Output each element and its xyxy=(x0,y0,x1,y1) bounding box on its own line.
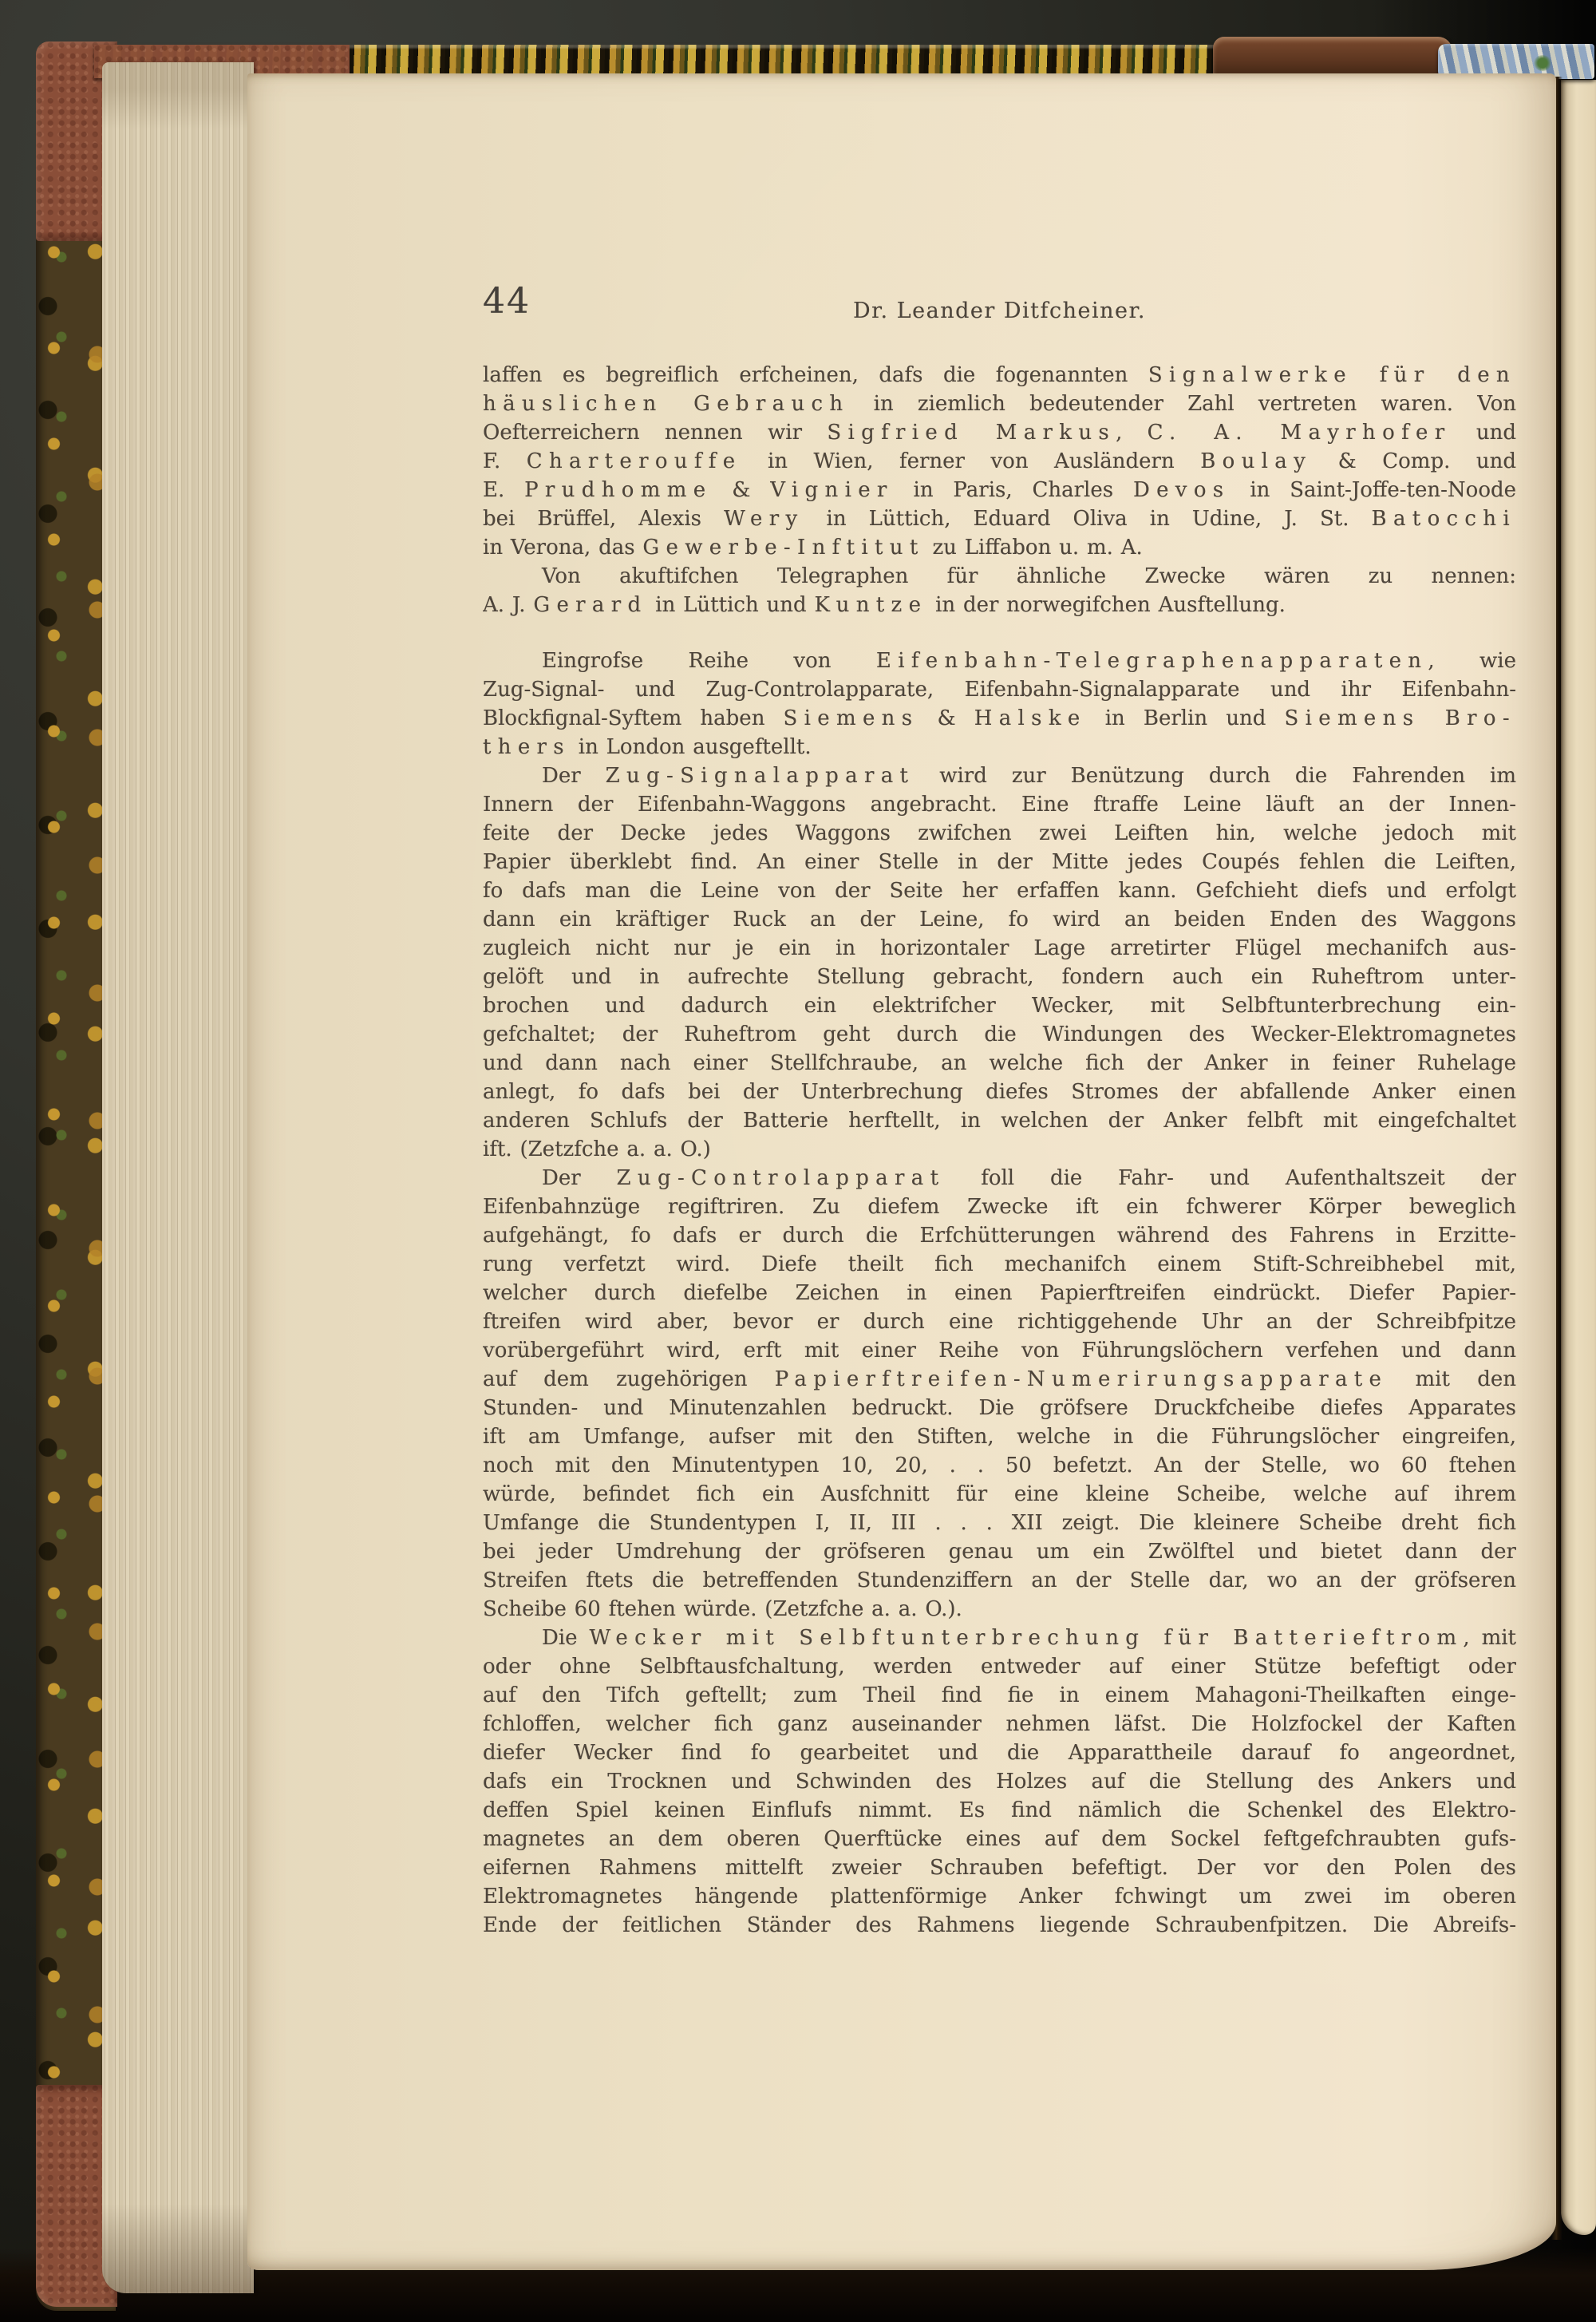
letterspaced-emphasis: Signalwerke für den xyxy=(1148,363,1516,387)
text-line: ift am Umfange, aufser mit den Stiften, … xyxy=(483,1422,1516,1451)
text-line: ift. (Zetzfche a. a. O.) xyxy=(483,1135,1516,1164)
text-line: fo dafs man die Leine von der Seite her … xyxy=(483,876,1516,905)
letterspaced-emphasis: Wery xyxy=(724,507,804,531)
letterspaced-emphasis: Siemens Bro- xyxy=(1284,706,1516,730)
text-line: bei jeder Umdrehung der gröfseren genau … xyxy=(483,1537,1516,1566)
text-line: bei Brüffel, Alexis Wery in Lüttich, Edu… xyxy=(483,504,1516,533)
text-line: Ende der feitlichen Ständer des Rahmens … xyxy=(483,1911,1516,1940)
text-line: brochen und dadurch ein elektrifcher Wec… xyxy=(483,991,1516,1020)
text-line: Papier überklebt find. An einer Stelle i… xyxy=(483,848,1516,876)
facing-page-sliver xyxy=(1561,80,1596,2235)
text-line: E. Prudhomme & Vignier in Paris, Charles… xyxy=(483,476,1516,504)
running-header: Dr. Leander Ditfcheiner. xyxy=(483,299,1516,323)
text-line: auf dem zugehörigen Papierftreifen-Numer… xyxy=(483,1365,1516,1394)
text-line: thers in London ausgeftellt. xyxy=(483,733,1516,761)
text-line: rung verfetzt wird. Diefe theilt fich me… xyxy=(483,1250,1516,1279)
text-line: welcher durch diefelbe Zeichen in einen … xyxy=(483,1279,1516,1307)
paragraph: Der Zug-Signalapparat wird zur Benützung… xyxy=(483,761,1516,1164)
text-line: und dann nach einer Stellfchraube, an we… xyxy=(483,1049,1516,1078)
text-line: dann ein kräftiger Ruck an der Leine, fo… xyxy=(483,905,1516,934)
letterspaced-emphasis: Zug-Signalapparat xyxy=(606,764,915,788)
body-text: laffen es begreiflich erfcheinen, dafs d… xyxy=(483,361,1516,1940)
text-line: diefer Wecker find fo gearbeitet und die… xyxy=(483,1739,1516,1767)
letterspaced-emphasis: häuslichen Gebrauch xyxy=(483,392,849,416)
letterspaced-emphasis: Devos xyxy=(1133,478,1231,502)
letterspaced-emphasis: Charterouffe xyxy=(527,449,742,473)
text-line: F. Charterouffe in Wien, ferner von Ausl… xyxy=(483,447,1516,476)
text-line: Von akuftifchen Telegraphen für ähnliche… xyxy=(483,562,1516,591)
text-line: anderen Schlufs der Batterie herftellt, … xyxy=(483,1106,1516,1135)
text-line: feite der Decke jedes Waggons zwifchen z… xyxy=(483,819,1516,848)
letterspaced-emphasis: Siemens xyxy=(784,706,919,730)
text-line: Die Wecker mit Selbftunterbrechung für B… xyxy=(483,1624,1516,1652)
text-line: Stunden- und Minutenzahlen bedruckt. Die… xyxy=(483,1394,1516,1422)
book-photo: 44 Dr. Leander Ditfcheiner. laffen es be… xyxy=(0,0,1596,2322)
text-line: deffen Spiel keinen Einflufs nimmt. Es f… xyxy=(483,1796,1516,1825)
paragraph: Der Zug-Controlapparat foll die Fahr- un… xyxy=(483,1164,1516,1624)
paragraph: laffen es begreiflich erfcheinen, dafs d… xyxy=(483,361,1516,562)
letterspaced-emphasis: Vignier xyxy=(770,478,893,502)
text-line: vorübergeführt wird, erft mit einer Reih… xyxy=(483,1336,1516,1365)
text-line: Zug-Signal- und Zug-Controlapparate, Eif… xyxy=(483,675,1516,704)
text-line: anlegt, fo dafs bei der Unterbrechung di… xyxy=(483,1078,1516,1106)
paragraph: Eingrofse Reihe von Eifenbahn-Telegraphe… xyxy=(483,647,1516,761)
text-line: in Verona, das Gewerbe-Inftitut zu Liffa… xyxy=(483,533,1516,562)
letterspaced-emphasis: Gerard xyxy=(533,593,647,617)
text-line: laffen es begreiflich erfcheinen, dafs d… xyxy=(483,361,1516,390)
letterspaced-emphasis: Wecker mit Selbftunterbrechung für Batte… xyxy=(589,1626,1463,1650)
letterspaced-emphasis: C. A. Mayrhofer xyxy=(1148,421,1452,445)
text-line: ftreifen wird aber, bevor er durch eine … xyxy=(483,1307,1516,1336)
paragraph: Die Wecker mit Selbftunterbrechung für B… xyxy=(483,1624,1516,1940)
letterspaced-emphasis: Boulay xyxy=(1200,449,1312,473)
text-line: Elektromagnetes hängende plattenförmige … xyxy=(483,1882,1516,1911)
letterspaced-emphasis: Eifenbahn-Telegraphenapparaten xyxy=(876,649,1428,673)
text-line: Eifenbahnzüge regiftriren. Zu diefem Zwe… xyxy=(483,1193,1516,1221)
text-line: gelöft und in aufrechte Stellung gebrach… xyxy=(483,963,1516,991)
letterspaced-emphasis: Sigfried Markus xyxy=(827,421,1116,445)
text-line: Scheibe 60 ftehen würde. (Zetzfche a. a.… xyxy=(483,1595,1516,1624)
text-line: gefchaltet; der Ruheftrom geht durch die… xyxy=(483,1020,1516,1049)
text-line: Umfange die Stundentypen I, II, III . . … xyxy=(483,1509,1516,1537)
letterspaced-emphasis: Gewerbe-Inftitut xyxy=(642,536,924,560)
paragraph: Von akuftifchen Telegraphen für ähnliche… xyxy=(483,562,1516,619)
text-line: noch mit den Minutentypen 10, 20, . . 50… xyxy=(483,1451,1516,1480)
letterspaced-emphasis: Papierftreifen-Numerirungsapparate xyxy=(775,1367,1388,1391)
text-line: dafs ein Trocknen und Schwinden des Holz… xyxy=(483,1767,1516,1796)
text-line: Der Zug-Controlapparat foll die Fahr- un… xyxy=(483,1164,1516,1193)
text-line: fchloffen, welcher fich ganz auseinander… xyxy=(483,1710,1516,1739)
letterspaced-emphasis: Zug-Controlapparat xyxy=(617,1166,946,1190)
text-line: A. J. Gerard in Lüttich und Kuntze in de… xyxy=(483,591,1516,619)
text-line: Oefterreichern nennen wir Sigfried Marku… xyxy=(483,418,1516,447)
text-line: magnetes an dem oberen Querftücke eines … xyxy=(483,1825,1516,1853)
text-line: häuslichen Gebrauch in ziemlich bedeuten… xyxy=(483,390,1516,418)
letterspaced-emphasis: Halske xyxy=(974,706,1087,730)
text-line: auf den Tifch geftellt; zum Theil find f… xyxy=(483,1681,1516,1710)
page-stack-edges xyxy=(102,62,254,2293)
text-line: würde, befindet fich ein Ausfchnitt für … xyxy=(483,1480,1516,1509)
text-line: Innern der Eifenbahn-Waggons angebracht.… xyxy=(483,790,1516,819)
letterspaced-emphasis: thers xyxy=(483,735,571,759)
text-line: oder ohne Selbftausfchaltung, werden ent… xyxy=(483,1652,1516,1681)
letterspaced-emphasis: Kuntze xyxy=(814,593,927,617)
text-line: Eingrofse Reihe von Eifenbahn-Telegraphe… xyxy=(483,647,1516,675)
text-line: eifernen Rahmens mittelft zweier Schraub… xyxy=(483,1853,1516,1882)
text-line: Blockfignal-Syftem haben Siemens & Halsk… xyxy=(483,704,1516,733)
text-line: Streifen ftets die betreffenden Stundenz… xyxy=(483,1566,1516,1595)
text-line: Der Zug-Signalapparat wird zur Benützung… xyxy=(483,761,1516,790)
text-line: zugleich nicht nur je ein in horizontale… xyxy=(483,934,1516,963)
letterspaced-emphasis: Prudhomme xyxy=(524,478,712,502)
letterspaced-emphasis: Batocchi xyxy=(1372,507,1516,531)
text-line: aufgehängt, fo dafs er durch die Erfchüt… xyxy=(483,1221,1516,1250)
